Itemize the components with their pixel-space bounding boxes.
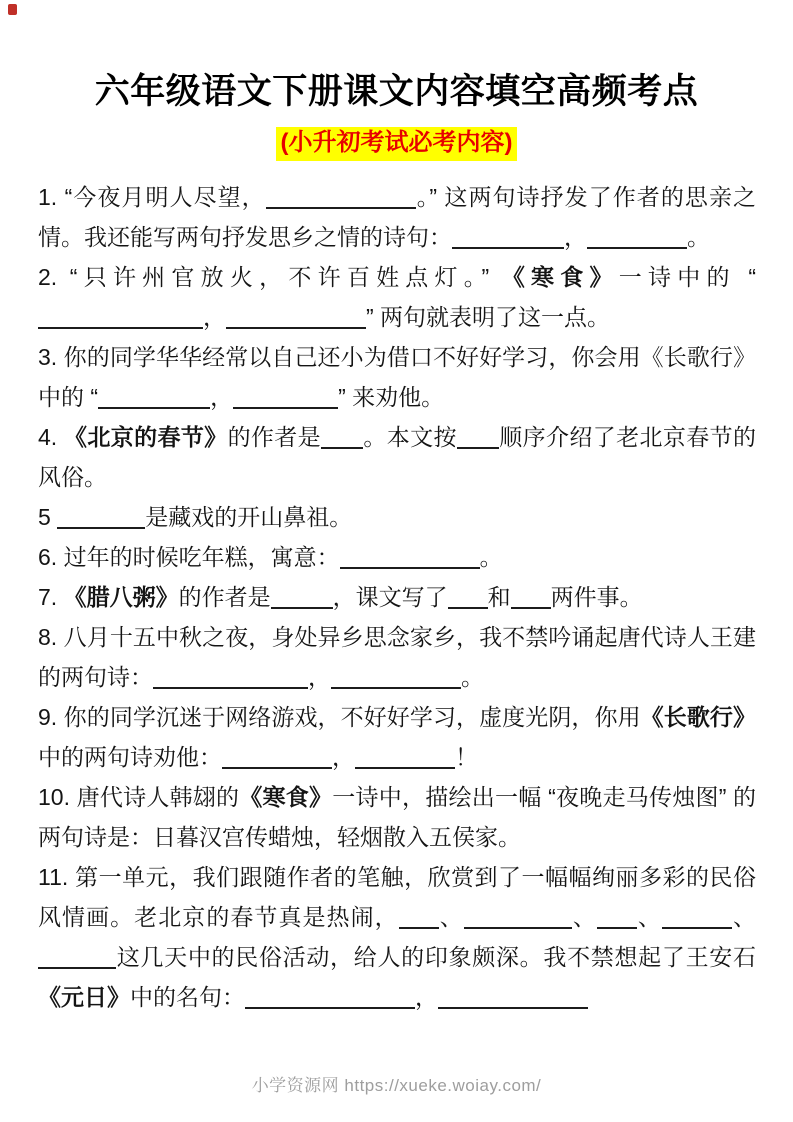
book-title: 《腊八粥》: [64, 584, 179, 610]
question-text: 5: [38, 504, 57, 530]
question-text: 2. “只许州官放火，不许百姓点灯。”: [38, 264, 502, 290]
answer-blank: [438, 987, 588, 1009]
question-item: 5 是藏戏的开山鼻祖。: [38, 497, 756, 537]
question-text: ，: [308, 664, 331, 690]
answer-blank: [222, 747, 332, 769]
question-text: ，: [210, 384, 233, 410]
answer-blank: [233, 387, 338, 409]
question-text: ，: [203, 304, 226, 330]
book-title: 《元日》: [38, 984, 130, 1010]
question-text: 这几天中的民俗活动，给人的印象颇深。我不禁想起了王安石: [116, 944, 756, 970]
question-text: 、: [572, 904, 597, 930]
question-text: 是藏戏的开山鼻祖。: [145, 504, 352, 530]
question-item: 2. “只许州官放火，不许百姓点灯。” 《寒食》一诗中的 “，” 两句就表明了这…: [38, 257, 756, 337]
subtitle-highlighted: (小升初考试必考内容): [276, 127, 518, 161]
answer-blank: [587, 227, 687, 249]
page-title: 六年级语文下册课文内容填空高频考点: [0, 0, 793, 114]
question-item: 11. 第一单元，我们跟随作者的笔触，欣赏到了一幅幅绚丽多彩的民俗风情画。老北京…: [38, 857, 756, 1017]
question-text: 4.: [38, 424, 64, 450]
answer-blank: [340, 547, 480, 569]
question-item: 4. 《北京的春节》的作者是。本文按顺序介绍了老北京春节的风俗。: [38, 417, 756, 497]
question-text: ” 两句就表明了这一点。: [366, 304, 610, 330]
question-text: 和: [488, 584, 511, 610]
answer-blank: [457, 427, 499, 449]
question-text: ！: [455, 744, 478, 770]
answer-blank: [464, 907, 572, 929]
answer-blank: [98, 387, 210, 409]
answer-blank: [321, 427, 363, 449]
answer-blank: [399, 907, 439, 929]
question-text: ，: [564, 224, 587, 250]
answer-blank: [511, 587, 551, 609]
question-text: 7.: [38, 584, 64, 610]
book-title: 《北京的春节》: [64, 424, 228, 450]
answer-blank: [38, 947, 116, 969]
book-title: 《寒食》: [239, 784, 332, 810]
red-corner-mark: [8, 4, 17, 15]
answer-blank: [452, 227, 564, 249]
question-text: ” 来劝他。: [338, 384, 444, 410]
question-text: 、: [439, 904, 464, 930]
book-title: 《寒食》: [502, 264, 619, 290]
question-text: 、: [637, 904, 662, 930]
worksheet-page: 六年级语文下册课文内容填空高频考点 (小升初考试必考内容) 1. “今夜月明人尽…: [0, 0, 793, 1122]
question-text: 中的两句诗劝他：: [38, 744, 222, 770]
question-text: 1. “今夜月明人尽望，: [38, 184, 266, 210]
question-item: 3. 你的同学华华经常以自己还小为借口不好好学习，你会用《长歌行》中的 “，” …: [38, 337, 756, 417]
question-item: 6. 过年的时候吃年糕，寓意：。: [38, 537, 756, 577]
question-text: ，: [332, 744, 355, 770]
question-item: 8. 八月十五中秋之夜，身处异乡思念家乡，我不禁吟诵起唐代诗人王建的两句诗：，。: [38, 617, 756, 697]
question-text: 。: [687, 224, 710, 250]
question-text: 中的名句：: [130, 984, 245, 1010]
question-item: 9. 你的同学沉迷于网络游戏，不好好学习，虚度光阴，你用《长歌行》中的两句诗劝他…: [38, 697, 756, 777]
question-item: 7. 《腊八粥》的作者是，课文写了和两件事。: [38, 577, 756, 617]
question-list: 1. “今夜月明人尽望，。” 这两句诗抒发了作者的思亲之情。我还能写两句抒发思乡…: [38, 177, 756, 1017]
question-text: 。: [461, 664, 484, 690]
answer-blank: [153, 667, 308, 689]
question-text: 9. 你的同学沉迷于网络游戏，不好好学习，虚度光阴，你用: [38, 704, 641, 730]
question-text: 。: [480, 544, 503, 570]
footer-watermark: 小学资源网 https://xueke.woiay.com/: [0, 1071, 793, 1096]
answer-blank: [226, 307, 366, 329]
question-text: 两件事。: [551, 584, 643, 610]
question-item: 1. “今夜月明人尽望，。” 这两句诗抒发了作者的思亲之情。我还能写两句抒发思乡…: [38, 177, 756, 257]
question-text: 6. 过年的时候吃年糕，寓意：: [38, 544, 340, 570]
question-text: ，: [415, 984, 438, 1010]
question-text: 的作者是: [179, 584, 271, 610]
question-text: 。本文按: [363, 424, 457, 450]
question-text: 10. 唐代诗人韩翃的: [38, 784, 239, 810]
question-text: 一诗中的 “: [619, 264, 756, 290]
question-text: ，课文写了: [333, 584, 448, 610]
question-item: 10. 唐代诗人韩翃的《寒食》一诗中，描绘出一幅 “夜晚走马传烛图” 的两句诗是…: [38, 777, 756, 857]
answer-blank: [38, 307, 203, 329]
subtitle-row: (小升初考试必考内容): [0, 127, 793, 161]
answer-blank: [331, 667, 461, 689]
answer-blank: [355, 747, 455, 769]
answer-blank: [662, 907, 732, 929]
answer-blank: [57, 507, 145, 529]
answer-blank: [266, 187, 416, 209]
answer-blank: [448, 587, 488, 609]
answer-blank: [597, 907, 637, 929]
book-title: 《长歌行》: [641, 704, 756, 730]
answer-blank: [245, 987, 415, 1009]
question-text: 的作者是: [228, 424, 322, 450]
question-text: 、: [732, 904, 756, 930]
answer-blank: [271, 587, 333, 609]
